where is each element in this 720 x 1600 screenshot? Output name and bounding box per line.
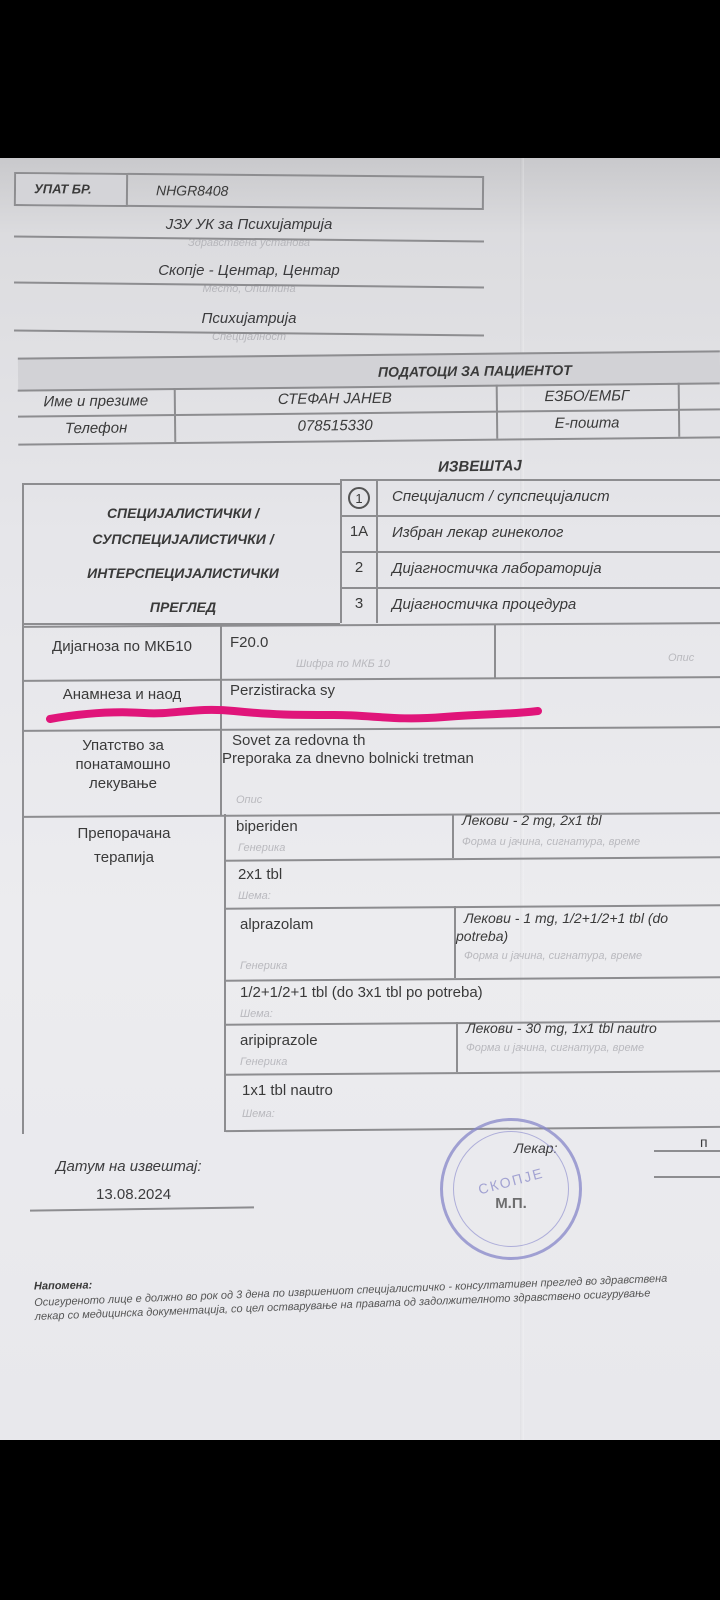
note-title: Напомена: [34, 1279, 92, 1292]
patient-header-text: ПОДАТОЦИ ЗА ПАЦИЕНТОТ [378, 362, 572, 380]
option-number: 3 [340, 589, 378, 623]
referral-label: УПАТ БР. [16, 174, 128, 205]
institution-value: ЈЗУ УК за Психијатрија [14, 216, 484, 233]
form-caption: Форма и јачина, сигнатура, време [466, 1042, 644, 1054]
exam-option-1a: 1А Избран лекар гинеколог [340, 515, 720, 551]
drug-generic: biperiden [236, 818, 298, 835]
doctor-signature-partial: п [700, 1134, 708, 1150]
stamp-mark: М.П. [443, 1195, 579, 1212]
specialty-value: Психијатрија [14, 310, 484, 327]
generic-caption: Генерика [240, 1056, 287, 1068]
id-label: ЕЗБО/ЕМБГ [496, 387, 678, 406]
option-label: Дијагностичка лабораторија [392, 560, 602, 577]
exam-type-line: ПРЕГЛЕД [24, 599, 342, 615]
diagnosis-code: F20.0 [230, 634, 268, 651]
phone-label: Телефон [18, 419, 174, 438]
therapy-label: Препорачана терапија [24, 822, 224, 870]
email-label: Е-пошта [496, 414, 678, 433]
institution-field: ЈЗУ УК за Психијатрија Здравствена устан… [14, 216, 484, 249]
option-label: Специјалист / супспецијалист [392, 488, 610, 505]
anamnesis-label: Анамнеза и наод [24, 686, 220, 703]
drug-scheme: 2x1 tbl [238, 866, 282, 883]
form-caption: Форма и јачина, сигнатура, време [462, 836, 640, 848]
generic-caption: Генерика [240, 960, 287, 972]
exam-type-cell: СПЕЦИЈАЛИСТИЧКИ / СУПСПЕЦИЈАЛИСТИЧКИ / И… [22, 483, 340, 625]
diagnosis-label: Дијагноза по МКБ10 [24, 638, 220, 655]
diagnosis-desc-caption: Опис [668, 652, 694, 664]
anamnesis-value: Perzistiracka sy [230, 682, 335, 699]
generic-caption: Генерика [238, 842, 285, 854]
instructions-line-2: Preporaka za dnevno bolnicki tretman [222, 750, 474, 767]
drug-form: Лекови - 2 mg, 2x1 tbl [462, 812, 601, 828]
instructions-caption: Опис [236, 794, 262, 806]
pink-marker-underline [44, 703, 544, 727]
drug-scheme: 1/2+1/2+1 tbl (do 3x1 tbl po potreba) [240, 984, 483, 1001]
document-photo: УПАТ БР. NHGR8408 ЈЗУ УК за Психијатрија… [0, 158, 720, 1440]
date-value: 13.08.2024 [96, 1186, 171, 1203]
note-text: Осигуреното лице е должно во рок од 3 де… [34, 1270, 720, 1324]
scheme-caption: Шема: [238, 890, 271, 902]
option-label: Дијагностичка процедура [392, 596, 576, 613]
date-label: Датум на извештај: [56, 1158, 202, 1175]
option-number: 1А [340, 517, 378, 551]
location-value: Скопје - Центар, Центар [14, 262, 484, 279]
referral-box: УПАТ БР. NHGR8408 [14, 172, 484, 210]
drug-form: Лекови - 30 mg, 1x1 tbl nautro [466, 1020, 657, 1036]
drug-form-cont: potreba) [456, 928, 508, 944]
location-field: Скопје - Центар, Центар Место, Општина [14, 262, 484, 295]
exam-type-line: ИНТЕРСПЕЦИЈАЛИСТИЧКИ [24, 565, 342, 581]
exam-option-1: 1 Специјалист / супспецијалист [340, 479, 720, 515]
scheme-caption: Шема: [240, 1008, 273, 1020]
option-number: 2 [340, 553, 378, 587]
exam-option-2: 2 Дијагностичка лабораторија [340, 551, 720, 587]
name-value: СТЕФАН ЈАНЕВ [174, 389, 496, 409]
form-caption: Форма и јачина, сигнатура, време [464, 950, 642, 962]
exam-type-line: СПЕЦИЈАЛИСТИЧКИ / [24, 505, 342, 521]
option-label: Избран лекар гинеколог [392, 524, 563, 541]
option-number-selected: 1 [340, 481, 378, 515]
specialty-field: Психијатрија Специјалност [14, 310, 484, 343]
scheme-caption: Шема: [242, 1108, 275, 1120]
drug-generic: alprazolam [240, 916, 313, 933]
drug-scheme: 1x1 tbl nautro [242, 1082, 333, 1099]
clinic-stamp: СКОПЈЕ М.П. [440, 1118, 582, 1260]
report-title: ИЗВЕШТАЈ [438, 457, 522, 475]
instructions-line-1: Sovet za redovna th [232, 732, 365, 749]
drug-generic: aripiprazole [240, 1032, 318, 1049]
referral-number: NHGR8408 [156, 182, 229, 199]
name-label: Име и презиме [18, 392, 174, 411]
drug-form: Лекови - 1 mg, 1/2+1/2+1 tbl (do [464, 910, 668, 926]
exam-option-3: 3 Дијагностичка процедура [340, 587, 720, 623]
diagnosis-code-caption: Шифра по МКБ 10 [296, 658, 390, 670]
instructions-label: Упатство за понатамошно лекување [24, 736, 222, 793]
exam-type-line: СУПСПЕЦИЈАЛИСТИЧКИ / [24, 531, 342, 547]
patient-table: Име и презиме СТЕФАН ЈАНЕВ ЕЗБО/ЕМБГ Тел… [18, 382, 720, 447]
phone-value: 078515330 [174, 416, 496, 436]
